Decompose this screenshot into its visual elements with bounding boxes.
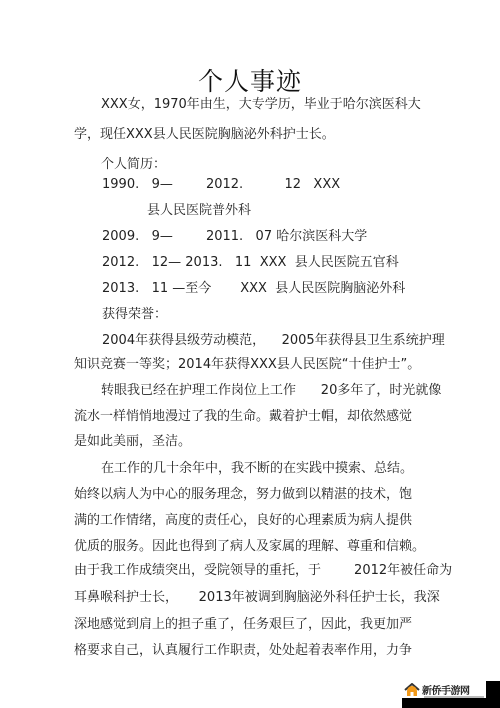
body-line: 满的工作情绪，高度的责任心，良好的心理素质为病人提供 [74, 513, 412, 529]
body-line: 2012. 12— 2013. 11 XXX 县人民医院五官科 [102, 255, 399, 271]
body-line: 优质的服务。因此也得到了病人及家属的理解、尊重和信赖。 [74, 539, 425, 555]
body-line: 2004年获得县级劳动模范， 2005年获得县卫生系统护理 [102, 333, 445, 349]
watermark-badge: 新侨手游网 [402, 681, 486, 698]
body-line: 格要求自己，认真履行工作职责，处处起着表率作用，力争 [74, 643, 412, 659]
body-line: 转眼我已经在护理工作岗位上工作 20多年了，时光就像 [101, 383, 441, 399]
body-line: 在工作的几十余年中，我不断的在实践中摸索、总结。 [101, 461, 413, 477]
watermark-bar-right [486, 681, 500, 698]
body-line: 学，现任XXX县人民医院胸脑泌外科护士长。 [74, 127, 335, 143]
body-line: 由于我工作成绩突出，受院领导的重托，于 2012年被任命为 [74, 563, 452, 579]
watermark-text: 新侨手游网 [422, 682, 470, 697]
watermark: 新侨手游网 [398, 679, 500, 708]
body-line: 是如此美丽，圣洁。 [74, 434, 191, 450]
document-title: 个人事迹 [0, 62, 500, 98]
body-line: XXX女，1970年由生，大专学历，毕业于哈尔滨医科大 [101, 97, 421, 113]
body-line: 获得荣誉： [102, 307, 167, 323]
watermark-bar [402, 697, 500, 708]
body-line: 流水一样悄悄地漫过了我的生命。戴着护士帽，却依然感觉 [74, 409, 412, 425]
body-line: 深地感觉到肩上的担子重了，任务艰巨了，因此，我更加严 [74, 617, 412, 633]
body-line: 始终以病人为中心的服务理念，努力做到以精湛的技术，饱 [74, 487, 412, 503]
body-line: 个人简历： [101, 157, 166, 173]
body-line: 1990. 9— 2012. 12 XXX [102, 177, 340, 193]
house-logo-icon [404, 683, 420, 697]
body-line: 2009. 9— 2011. 07 哈尔滨医科大学 [102, 229, 367, 245]
watermark-subtext [424, 696, 484, 698]
body-line: 县人民医院普外科 [147, 203, 251, 219]
body-line: 知识竞赛一等奖；2014年获得XXX县人民医院“十佳护士”。 [74, 357, 420, 373]
body-line: 耳鼻喉科护士长， 2013年被调到胸脑泌外科任护士长，我深 [74, 590, 440, 606]
body-line: 2013. 11 —至今 XXX 县人民医院胸脑泌外科 [102, 281, 405, 297]
